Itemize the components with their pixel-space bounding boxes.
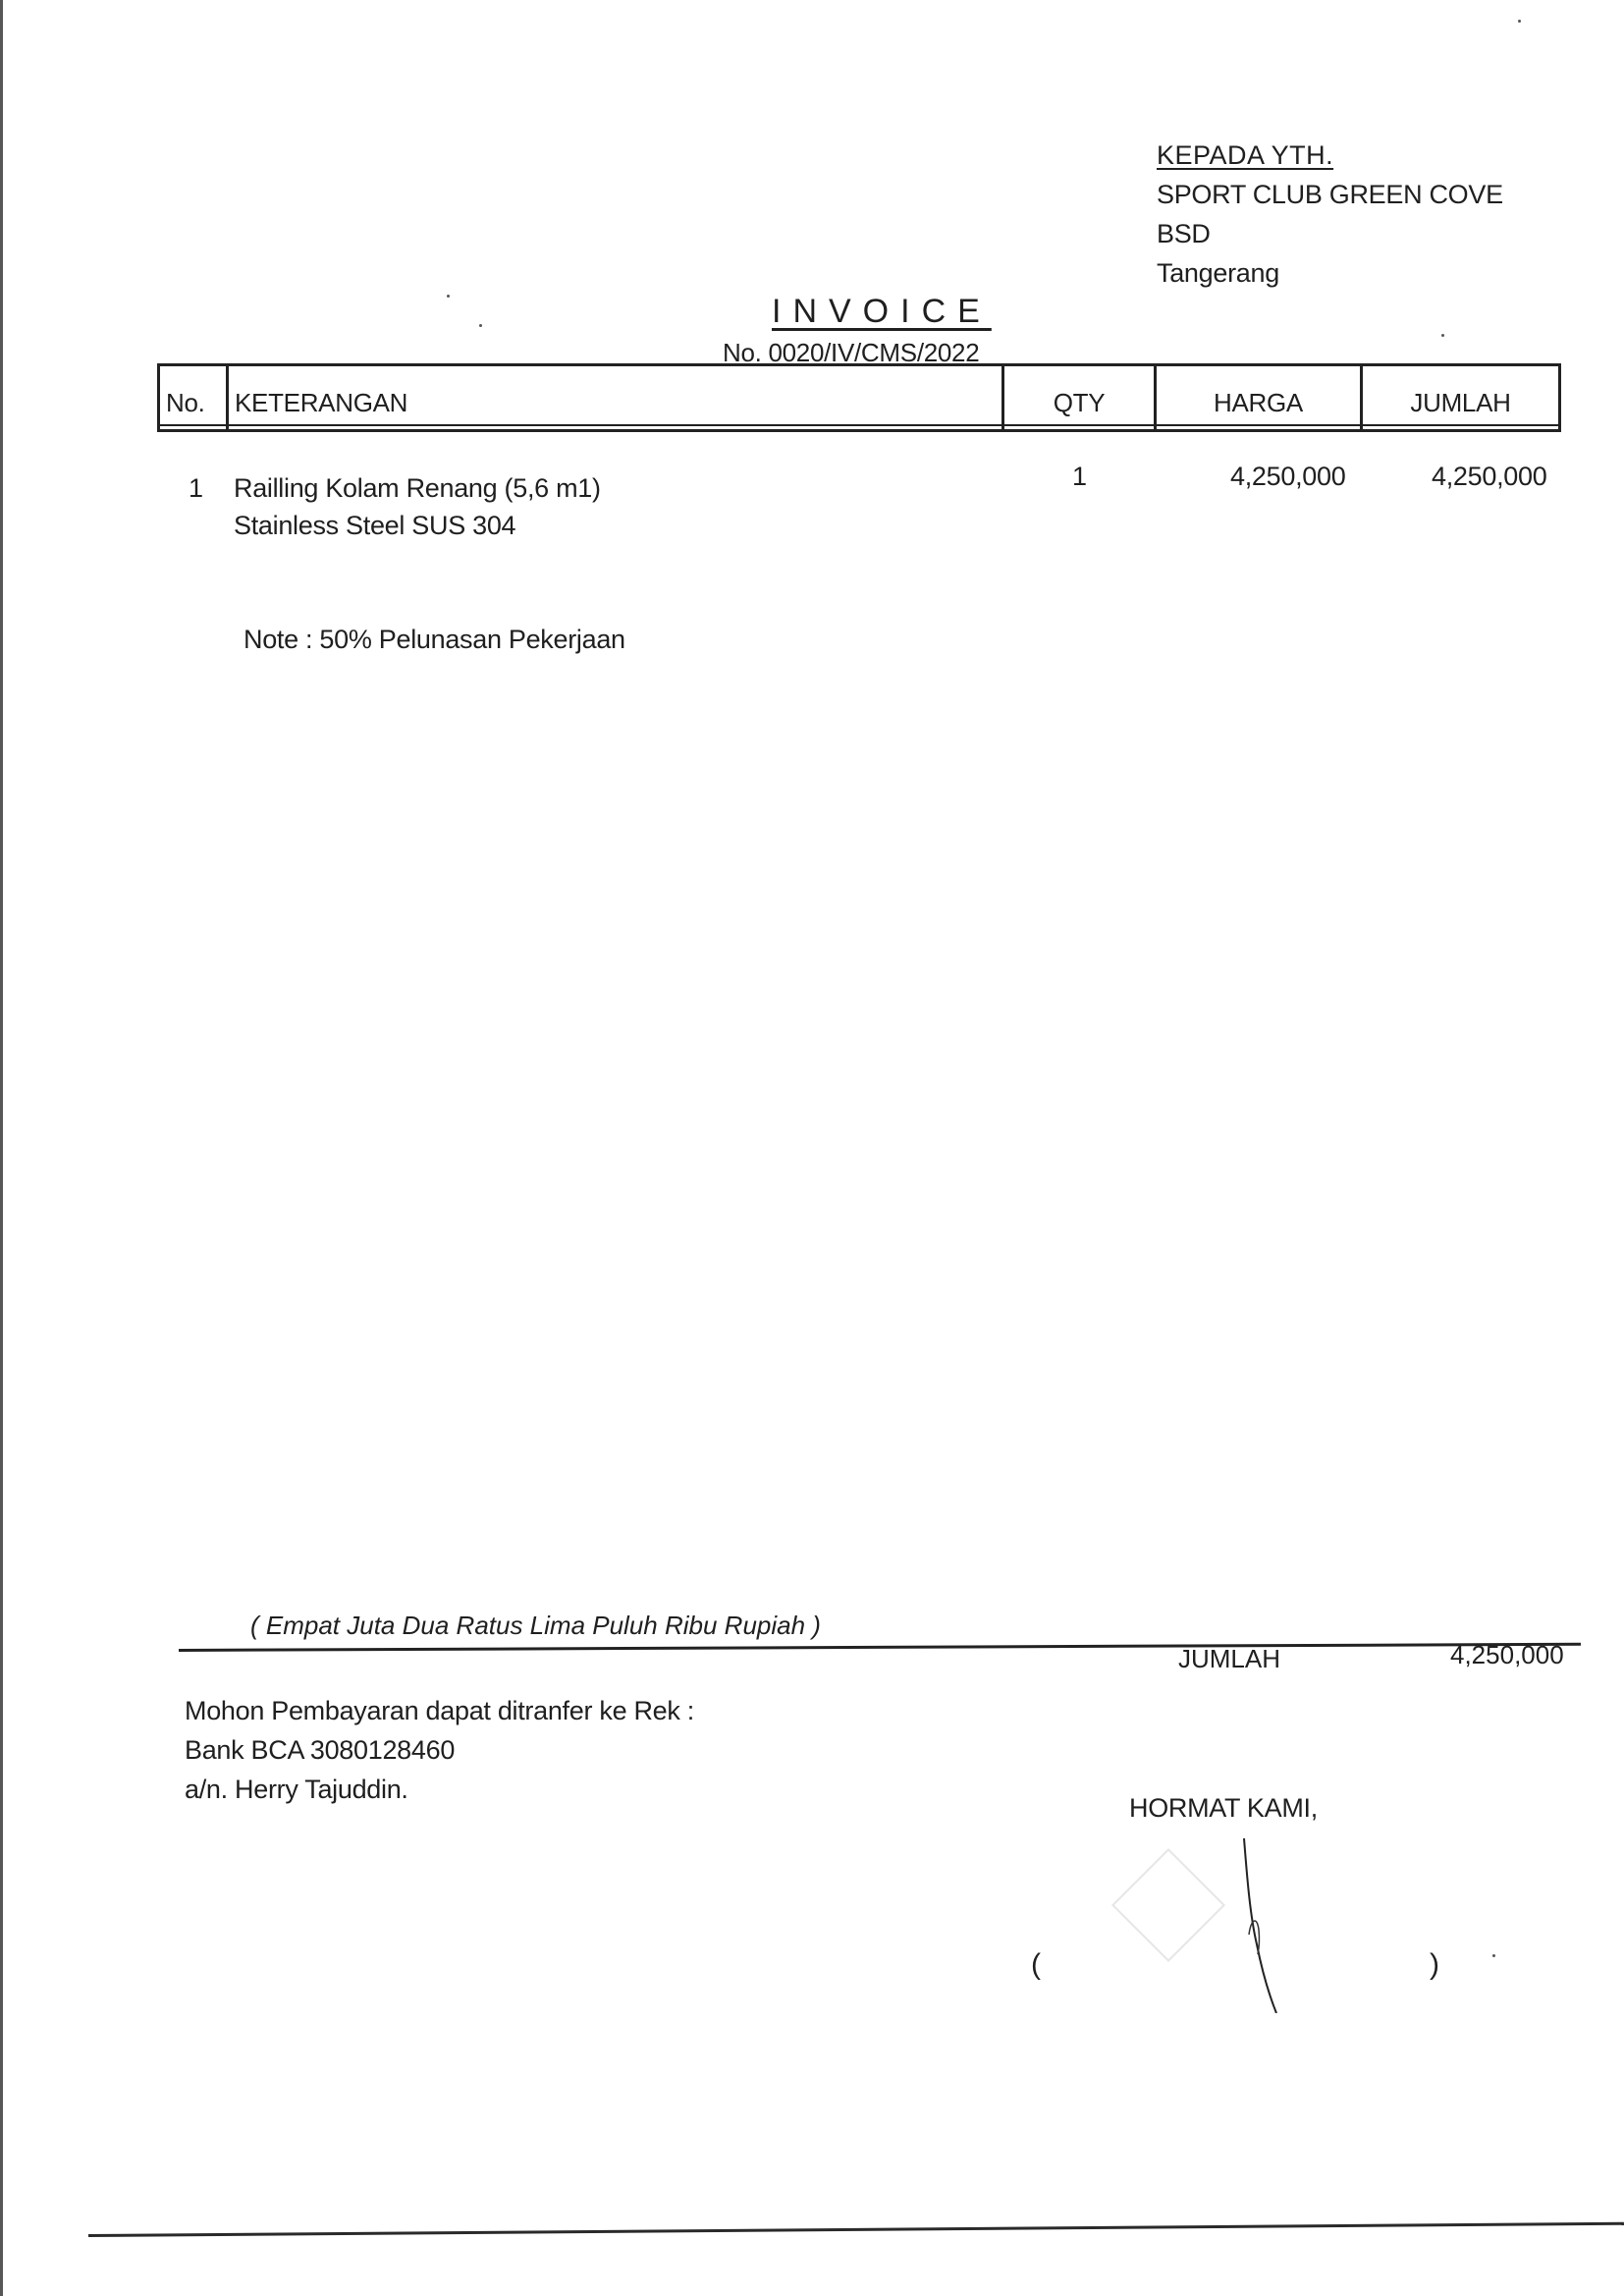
- recipient-heading: KEPADA YTH.: [1157, 136, 1503, 175]
- scan-speck: [1518, 20, 1521, 23]
- scan-speck: [1492, 1954, 1495, 1957]
- header-description: KETERANGAN: [229, 366, 1004, 429]
- row-description-line2: Stainless Steel SUS 304: [234, 507, 601, 544]
- account-holder: a/n. Herry Tajuddin.: [185, 1770, 694, 1809]
- header-qty: QTY: [1004, 366, 1157, 429]
- signature-close-paren: ): [1430, 1948, 1439, 1982]
- invoice-title: INVOICE: [772, 293, 992, 331]
- scan-speck: [1441, 334, 1444, 337]
- scan-speck: [447, 295, 450, 298]
- row-description-line1: Railling Kolam Renang (5,6 m1): [234, 469, 601, 507]
- recipient-city: Tangerang: [1157, 253, 1503, 293]
- header-amount: JUMLAH: [1363, 366, 1558, 429]
- recipient-name: SPORT CLUB GREEN COVE: [1157, 175, 1503, 214]
- table-header: No. KETERANGAN QTY HARGA JUMLAH: [157, 363, 1561, 432]
- footer-divider: [88, 2222, 1624, 2237]
- payment-line1: Mohon Pembayaran dapat ditranfer ke Rek …: [185, 1691, 694, 1730]
- row-description: Railling Kolam Renang (5,6 m1) Stainless…: [234, 469, 601, 544]
- bank-account: Bank BCA 3080128460: [185, 1730, 694, 1770]
- row-qty: 1: [1072, 462, 1087, 492]
- note: Note : 50% Pelunasan Pekerjaan: [244, 625, 625, 655]
- header-divider: [157, 424, 1561, 426]
- recipient-area: BSD: [1157, 214, 1503, 253]
- row-amount: 4,250,000: [1432, 462, 1546, 492]
- header-price: HARGA: [1157, 366, 1363, 429]
- total-label: JUMLAH: [1178, 1644, 1280, 1674]
- header-no: No.: [160, 366, 229, 429]
- total-value: 4,250,000: [1450, 1640, 1564, 1670]
- signature-open-paren: (: [1031, 1948, 1041, 1982]
- recipient-block: KEPADA YTH. SPORT CLUB GREEN COVE BSD Ta…: [1157, 136, 1503, 293]
- total-divider: [179, 1643, 1581, 1652]
- scan-edge: [0, 0, 3, 2296]
- amount-in-words: ( Empat Juta Dua Ratus Lima Puluh Ribu R…: [250, 1611, 821, 1641]
- row-number: 1: [189, 473, 203, 504]
- closing-text: HORMAT KAMI,: [1129, 1793, 1318, 1824]
- signature-icon: [1090, 1836, 1306, 2013]
- payment-instructions: Mohon Pembayaran dapat ditranfer ke Rek …: [185, 1691, 694, 1809]
- scan-speck: [479, 324, 482, 327]
- row-price: 4,250,000: [1230, 462, 1345, 492]
